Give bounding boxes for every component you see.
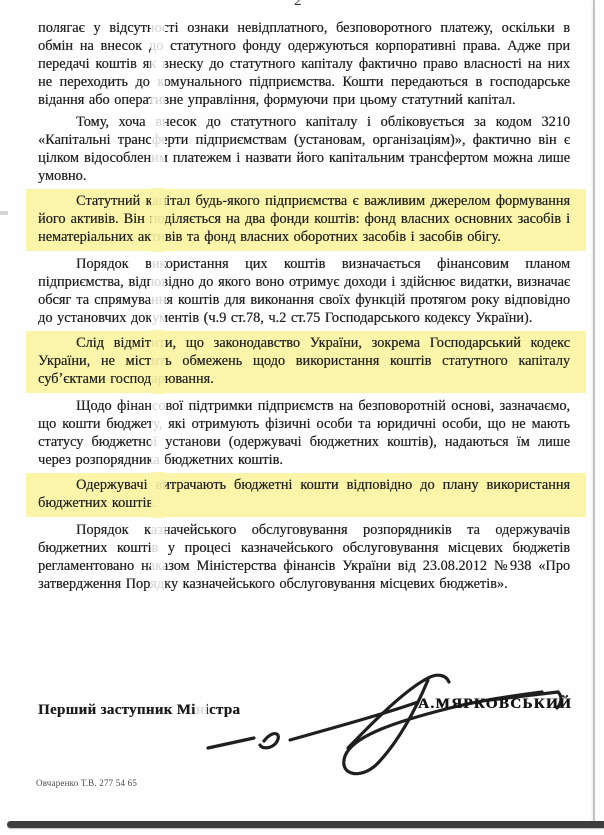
paragraph-block: полягає у відсутності ознаки невідплатно… [38, 19, 570, 109]
paragraph-text: Статутний капітал будь-якого підприємств… [38, 192, 570, 246]
signatory-name: А.МЯРКОВСЬКИЙ [418, 696, 572, 713]
handwritten-signature [190, 648, 580, 778]
page-number: 2 [294, 0, 302, 10]
paragraph-text: Одержувачі витрачають бюджетні кошти від… [38, 476, 570, 512]
paragraph-block: Порядок використання цих коштів визначає… [38, 255, 570, 327]
paragraph-text: Порядок використання цих коштів визначає… [38, 255, 570, 327]
paragraph-block: Тому, хоча внесок до статутного капіталу… [38, 113, 570, 185]
highlighted-paragraph-block: Слід відмітити, що законодавство України… [26, 331, 586, 393]
scan-margin-artifact [0, 211, 8, 215]
paragraph-text: полягає у відсутності ознаки невідплатно… [38, 19, 570, 109]
paragraph-text: Порядок казначейського обслуговування ро… [38, 521, 570, 593]
paragraph-block: Щодо фінансової підтримки підприємств на… [38, 397, 570, 469]
paragraph-text: Тому, хоча внесок до статутного капіталу… [38, 113, 570, 185]
highlighted-paragraph-block: Статутний капітал будь-якого підприємств… [26, 189, 586, 251]
footer-contact: Овчаренко Т.В. 277 54 65 [36, 778, 137, 788]
paragraph-text: Щодо фінансової підтримки підприємств на… [38, 397, 570, 469]
paragraph-text: Слід відмітити, що законодавство України… [38, 334, 570, 388]
scanned-document-page: 2 полягає у відсутності ознаки невідплат… [0, 0, 604, 835]
page-edge-shadow [593, 0, 595, 821]
scan-edge-artifact [7, 821, 604, 828]
highlighted-paragraph-block: Одержувачі витрачають бюджетні кошти від… [26, 473, 586, 517]
paragraph-block: Порядок казначейського обслуговування ро… [38, 521, 570, 593]
document-body: полягає у відсутності ознаки невідплатно… [0, 19, 604, 597]
